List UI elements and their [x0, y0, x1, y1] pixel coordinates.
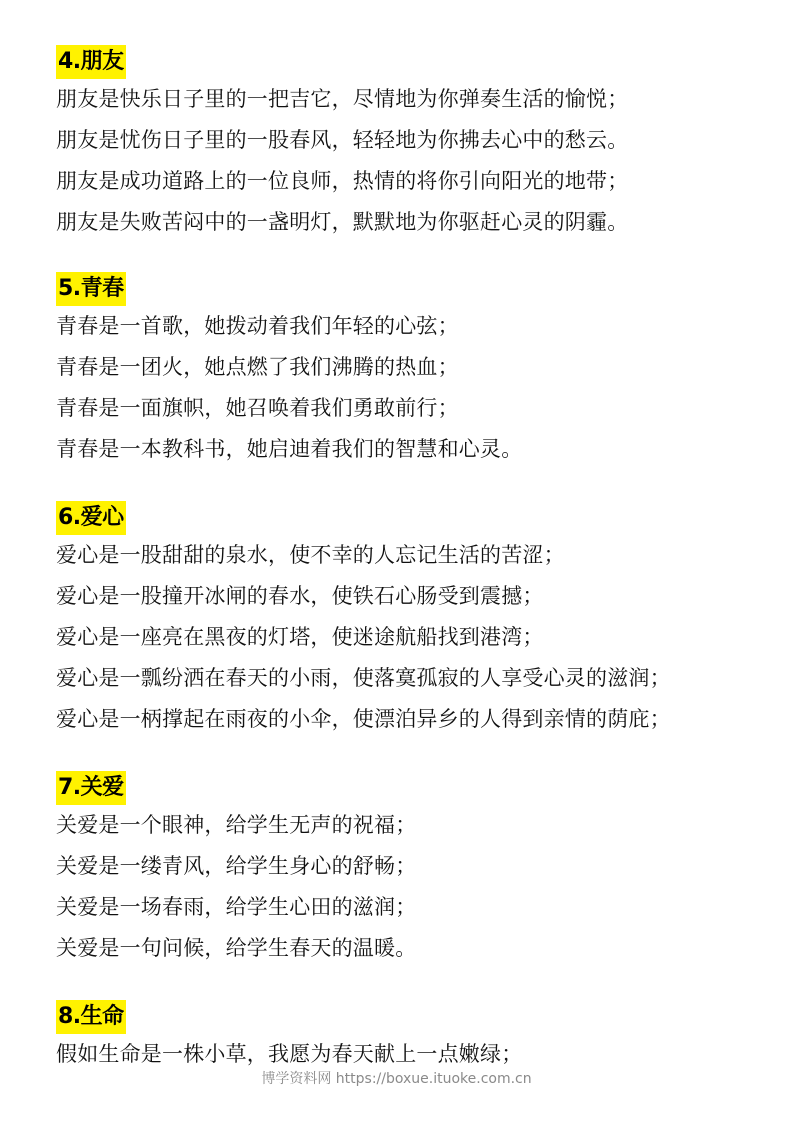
section-heading: 6.爱心	[56, 501, 126, 535]
footer-watermark: 博学资料网 https://boxue.ituoke.com.cn	[0, 1068, 793, 1088]
text-line: 关爱是一句问候，给学生春天的温暖。	[56, 928, 416, 969]
text-line: 爱心是一股撞开冰闸的春水，使铁石心肠受到震撼；	[56, 576, 671, 617]
text-line: 朋友是忧伤日子里的一股春风，轻轻地为你拂去心中的愁云。	[56, 120, 628, 161]
section-life: 8.生命 假如生命是一株小草，我愿为春天献上一点嫩绿；	[56, 1000, 522, 1075]
text-line: 青春是一首歌，她拨动着我们年轻的心弦；	[56, 306, 522, 347]
text-line: 爱心是一柄撑起在雨夜的小伞，使漂泊异乡的人得到亲情的荫庇；	[56, 699, 671, 740]
section-love: 6.爱心 爱心是一股甜甜的泉水，使不幸的人忘记生活的苦涩； 爱心是一股撞开冰闸的…	[56, 501, 671, 740]
text-line: 关爱是一个眼神，给学生无声的祝福；	[56, 805, 416, 846]
text-line: 爱心是一瓢纷洒在春天的小雨，使落寞孤寂的人享受心灵的滋润；	[56, 658, 671, 699]
section-heading: 4.朋友	[56, 45, 126, 79]
section-heading: 5.青春	[56, 272, 126, 306]
text-line: 青春是一面旗帜，她召唤着我们勇敢前行；	[56, 388, 522, 429]
text-line: 朋友是成功道路上的一位良师，热情的将你引向阳光的地带；	[56, 161, 628, 202]
section-heading: 8.生命	[56, 1000, 126, 1034]
section-youth: 5.青春 青春是一首歌，她拨动着我们年轻的心弦； 青春是一团火，她点燃了我们沸腾…	[56, 272, 522, 470]
section-friend: 4.朋友 朋友是快乐日子里的一把吉它，尽情地为你弹奏生活的愉悦； 朋友是忧伤日子…	[56, 45, 628, 243]
text-line: 朋友是失败苦闷中的一盏明灯，默默地为你驱赶心灵的阴霾。	[56, 202, 628, 243]
text-line: 关爱是一场春雨，给学生心田的滋润；	[56, 887, 416, 928]
section-care: 7.关爱 关爱是一个眼神，给学生无声的祝福； 关爱是一缕青风，给学生身心的舒畅；…	[56, 771, 416, 969]
text-line: 青春是一本教科书，她启迪着我们的智慧和心灵。	[56, 429, 522, 470]
document-page: 4.朋友 朋友是快乐日子里的一把吉它，尽情地为你弹奏生活的愉悦； 朋友是忧伤日子…	[0, 0, 793, 1122]
text-line: 青春是一团火，她点燃了我们沸腾的热血；	[56, 347, 522, 388]
text-line: 爱心是一座亮在黑夜的灯塔，使迷途航船找到港湾；	[56, 617, 671, 658]
text-line: 爱心是一股甜甜的泉水，使不幸的人忘记生活的苦涩；	[56, 535, 671, 576]
text-line: 朋友是快乐日子里的一把吉它，尽情地为你弹奏生活的愉悦；	[56, 79, 628, 120]
section-heading: 7.关爱	[56, 771, 126, 805]
text-line: 关爱是一缕青风，给学生身心的舒畅；	[56, 846, 416, 887]
